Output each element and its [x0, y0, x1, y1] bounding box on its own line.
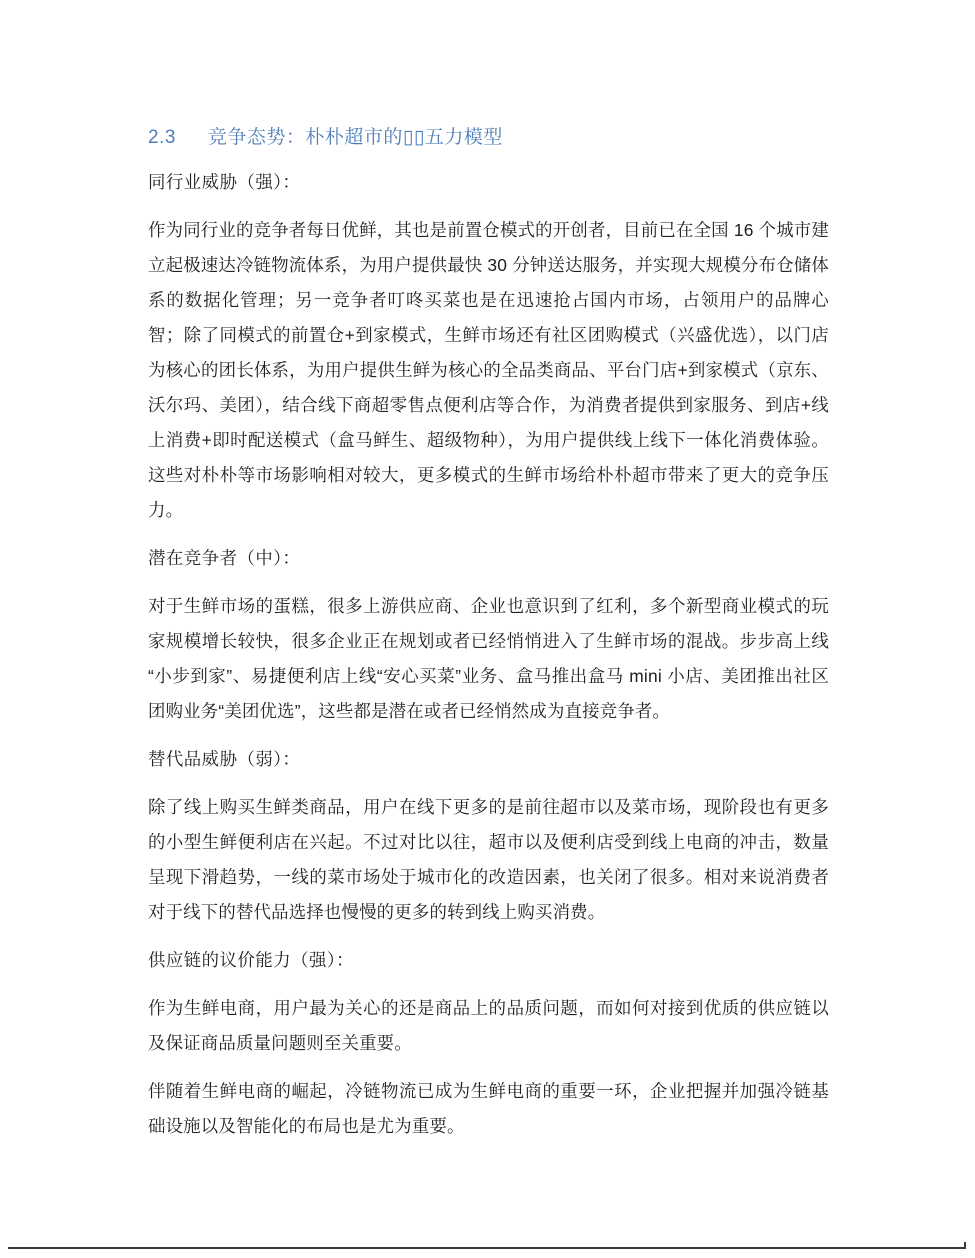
- force-label-1: 潜在竞争者（中）：: [148, 541, 829, 576]
- document-viewport: { "heading": { "number": "2.3", "title":…: [0, 0, 975, 1258]
- force-label-2: 替代品威胁（弱）：: [148, 742, 829, 777]
- force-label-0: 同行业威胁（强）：: [148, 165, 829, 200]
- window-corner-tick: [964, 1242, 966, 1249]
- body-paragraph-0-0: 作为同行业的竞争者每日优鲜，其也是前置仓模式的开创者，目前已在全国 16 个城市…: [148, 213, 829, 528]
- document-page: 2.3竞争态势：朴朴超市的▯▯五力模型 同行业威胁（强）：作为同行业的竞争者每日…: [148, 124, 829, 1157]
- force-label-3: 供应链的议价能力（强）：: [148, 943, 829, 978]
- heading-title: 竞争态势：朴朴超市的▯▯五力模型: [208, 127, 503, 148]
- section-heading: 2.3竞争态势：朴朴超市的▯▯五力模型: [148, 124, 829, 152]
- sections-container: 同行业威胁（强）：作为同行业的竞争者每日优鲜，其也是前置仓模式的开创者，目前已在…: [148, 165, 829, 1144]
- body-paragraph-3-1: 伴随着生鲜电商的崛起，冷链物流已成为生鲜电商的重要一环，企业把握并加强冷链基础设…: [148, 1074, 829, 1144]
- window-bottom-border: [8, 1247, 966, 1249]
- body-paragraph-2-0: 除了线上购买生鲜类商品，用户在线下更多的是前往超市以及菜市场，现阶段也有更多的小…: [148, 790, 829, 930]
- body-paragraph-3-0: 作为生鲜电商，用户最为关心的还是商品上的品质问题，而如何对接到优质的供应链以及保…: [148, 991, 829, 1061]
- heading-number: 2.3: [148, 124, 176, 152]
- body-paragraph-1-0: 对于生鲜市场的蛋糕，很多上游供应商、企业也意识到了红利，多个新型商业模式的玩家规…: [148, 589, 829, 729]
